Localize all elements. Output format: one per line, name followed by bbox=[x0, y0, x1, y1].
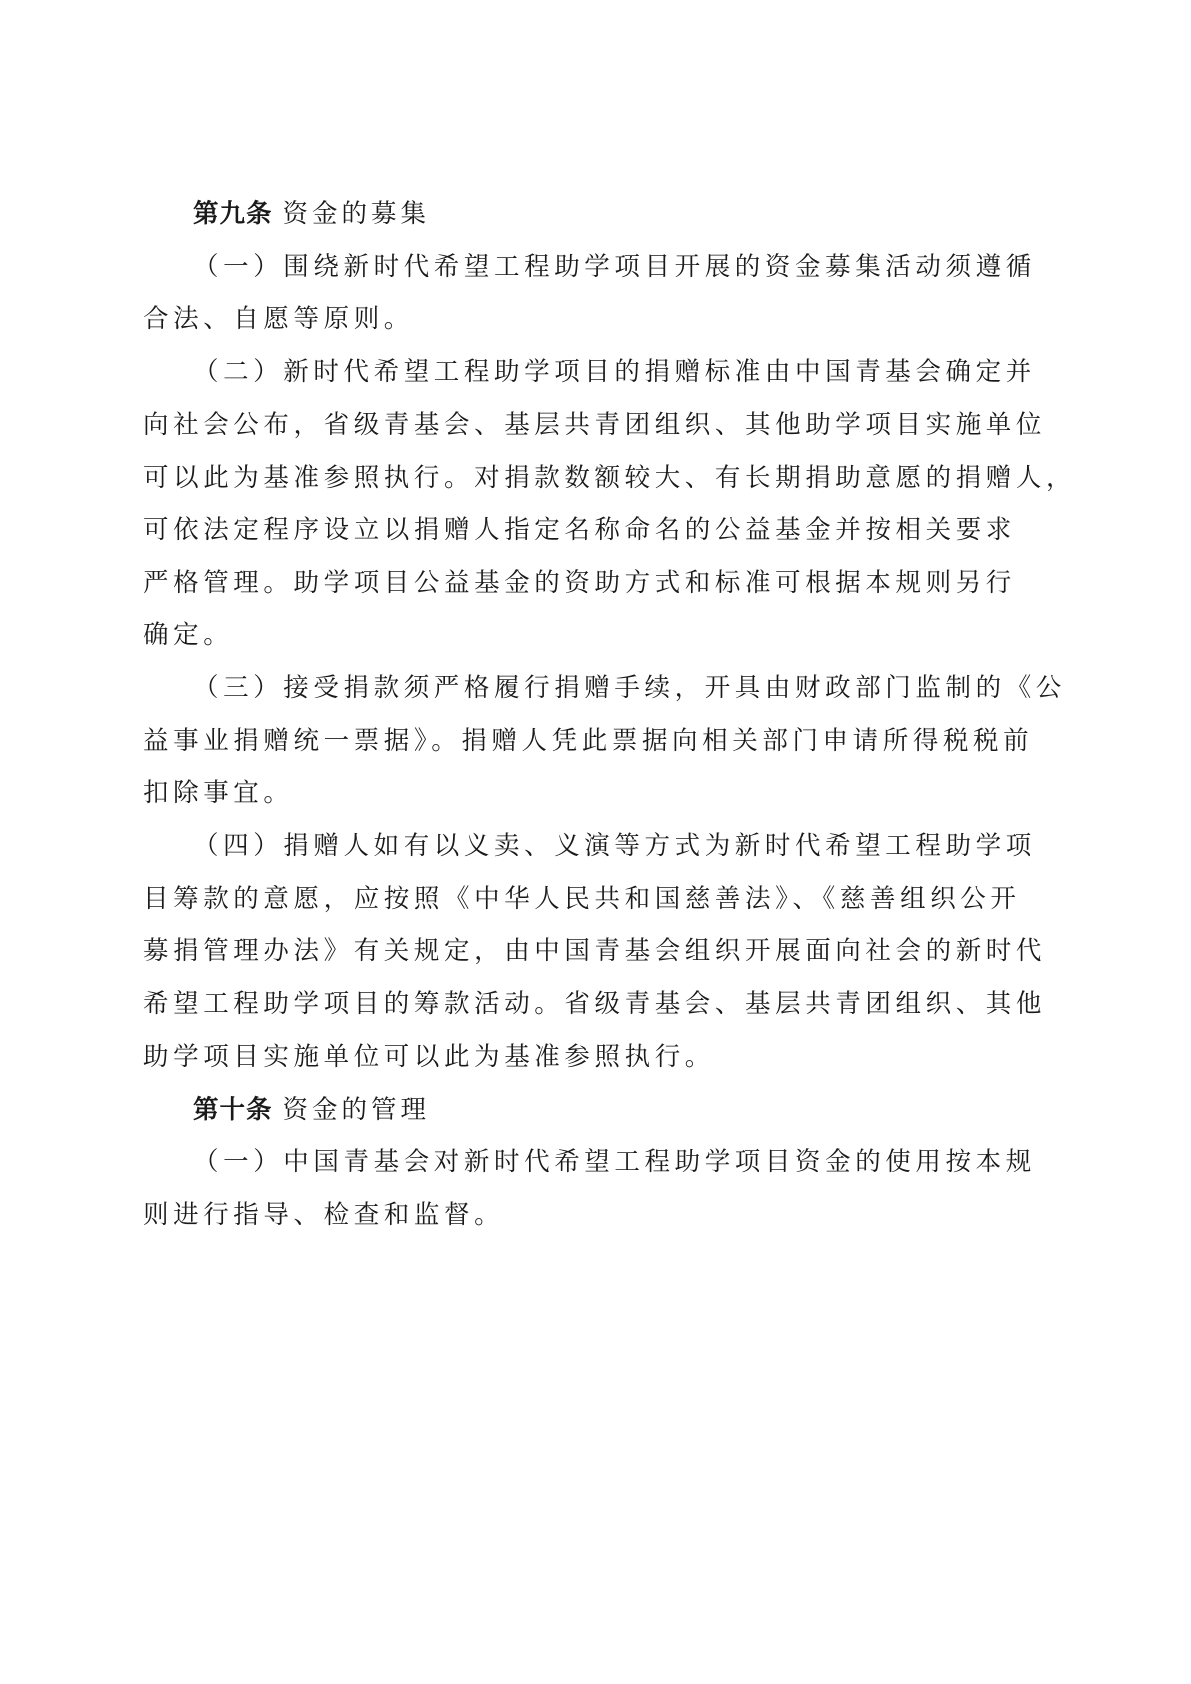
paragraph-line: （二）新时代希望工程助学项目的捐赠标准由中国青基会确定并 bbox=[193, 352, 1093, 392]
paragraph-line: 可依法定程序设立以捐赠人指定名称命名的公益基金并按相关要求 bbox=[143, 510, 1043, 550]
paragraph-line: （一）中国青基会对新时代希望工程助学项目资金的使用按本规 bbox=[193, 1142, 1093, 1182]
article-10-heading: 第十条资金的管理 bbox=[193, 1090, 1093, 1130]
paragraph-line: 助学项目实施单位可以此为基准参照执行。 bbox=[143, 1037, 1043, 1077]
paragraph-line: 确定。 bbox=[143, 615, 1043, 655]
paragraph-line: 希望工程助学项目的筹款活动。省级青基会、基层共青团组织、其他 bbox=[143, 984, 1043, 1024]
paragraph-line: （一）围绕新时代希望工程助学项目开展的资金募集活动须遵循 bbox=[193, 247, 1093, 287]
paragraph-line: 可以此为基准参照执行。对捐款数额较大、有长期捐助意愿的捐赠人， bbox=[143, 458, 1043, 498]
article-10-label: 第十条 bbox=[193, 1095, 273, 1125]
article-9-label: 第九条 bbox=[193, 199, 273, 229]
paragraph-line: 益事业捐赠统一票据》。捐赠人凭此票据向相关部门申请所得税税前 bbox=[143, 721, 1043, 761]
paragraph-line: 募捐管理办法》有关规定，由中国青基会组织开展面向社会的新时代 bbox=[143, 931, 1043, 971]
document-page: 第九条资金的募集 （一）围绕新时代希望工程助学项目开展的资金募集活动须遵循 合法… bbox=[0, 0, 1191, 1684]
paragraph-line: 则进行指导、检查和监督。 bbox=[143, 1195, 1043, 1235]
paragraph-line: 目筹款的意愿，应按照《中华人民共和国慈善法》、《慈善组织公开 bbox=[143, 879, 1043, 919]
paragraph-line: 扣除事宜。 bbox=[143, 773, 1043, 813]
paragraph-line: （四）捐赠人如有以义卖、义演等方式为新时代希望工程助学项 bbox=[193, 826, 1093, 866]
article-9-heading: 第九条资金的募集 bbox=[193, 194, 1093, 234]
paragraph-line: 向社会公布，省级青基会、基层共青团组织、其他助学项目实施单位 bbox=[143, 405, 1043, 445]
paragraph-line: 严格管理。助学项目公益基金的资助方式和标准可根据本规则另行 bbox=[143, 563, 1043, 603]
article-10-title: 资金的管理 bbox=[283, 1095, 431, 1125]
paragraph-line: （三）接受捐款须严格履行捐赠手续，开具由财政部门监制的《公 bbox=[193, 668, 1093, 708]
article-9-title: 资金的募集 bbox=[283, 199, 431, 229]
paragraph-line: 合法、自愿等原则。 bbox=[143, 299, 1043, 339]
